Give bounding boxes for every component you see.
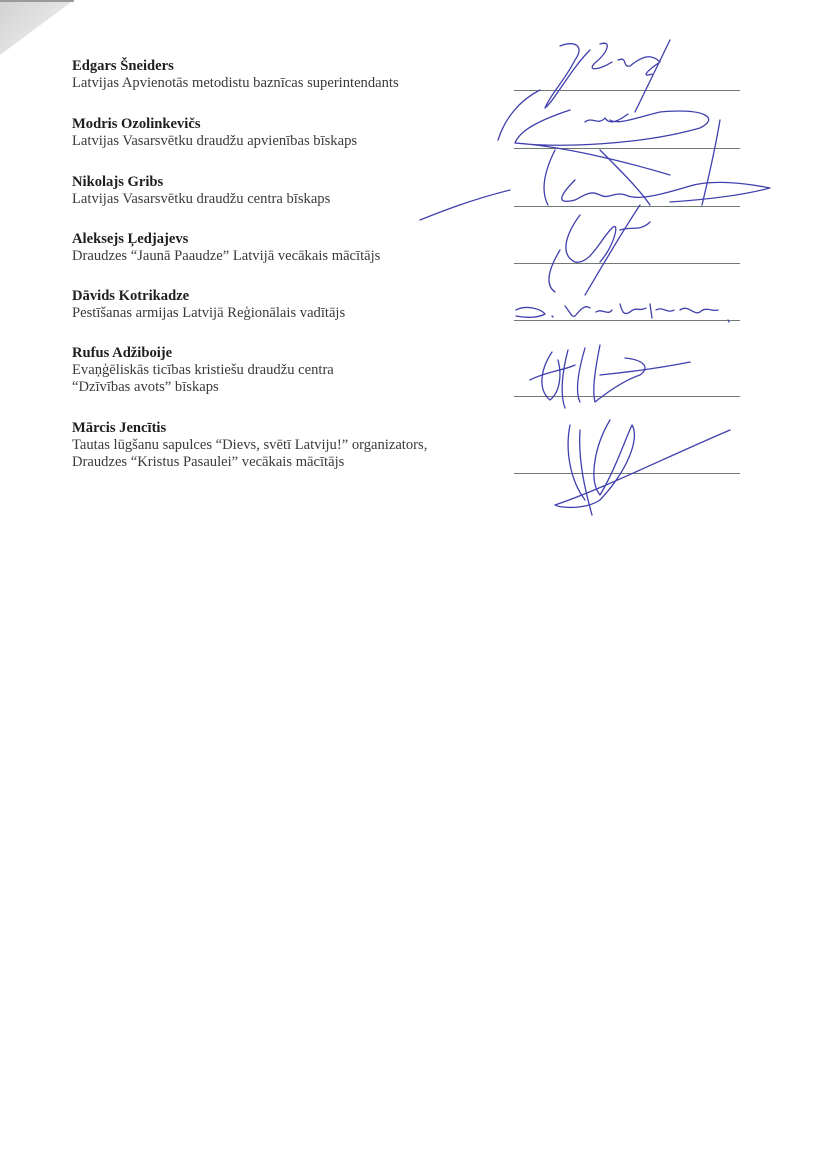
signatory-role: Tautas lūgšanu sapulces “Dievs, svētī La… <box>72 437 512 454</box>
signatory-7: Mārcis Jencītis Tautas lūgšanu sapulces … <box>72 420 512 471</box>
signature-line-4 <box>514 263 740 264</box>
signatory-6: Rufus Adžiboije Evaņģēliskās ticības kri… <box>72 345 492 396</box>
signatory-role: Draudzes “Kristus Pasaulei” vecākais māc… <box>72 454 512 471</box>
signatory-name: Nikolajs Gribs <box>72 174 492 191</box>
signatory-5: Dāvids Kotrikadze Pestīšanas armijas Lat… <box>72 288 492 322</box>
signatory-role: Latvijas Vasarsvētku draudžu centra bīsk… <box>72 191 492 208</box>
signatory-role: Latvijas Vasarsvētku draudžu apvienības … <box>72 133 492 150</box>
signature-4 <box>549 205 650 295</box>
signatory-1: Edgars Šneiders Latvijas Apvienotās meto… <box>72 58 492 92</box>
signatory-name: Edgars Šneiders <box>72 58 492 75</box>
signatory-2: Modris Ozolinkevičs Latvijas Vasarsvētku… <box>72 116 492 150</box>
signatory-role: “Dzīvības avots” bīskaps <box>72 379 492 396</box>
page-corner-fold <box>0 0 74 55</box>
signatory-4: Aleksejs Ļedjajevs Draudzes “Jaunā Paaud… <box>72 231 492 265</box>
signature-line-7 <box>514 473 740 474</box>
signature-3 <box>544 120 770 205</box>
signatory-name: Mārcis Jencītis <box>72 420 512 437</box>
signature-line-2 <box>514 148 740 149</box>
signature-7 <box>555 420 730 515</box>
signature-line-1 <box>514 90 740 91</box>
signatory-role: Pestīšanas armijas Latvijā Reģionālais v… <box>72 305 492 322</box>
signature-line-3 <box>514 206 740 207</box>
signatory-name: Aleksejs Ļedjajevs <box>72 231 492 248</box>
signatory-role: Draudzes “Jaunā Paaudze” Latvijā vecākai… <box>72 248 492 265</box>
signatory-name: Rufus Adžiboije <box>72 345 492 362</box>
signatory-role: Latvijas Apvienotās metodistu baznīcas s… <box>72 75 492 92</box>
signatory-name: Dāvids Kotrikadze <box>72 288 492 305</box>
signature-line-5 <box>514 320 740 321</box>
signature-6 <box>530 345 690 408</box>
signature-line-6 <box>514 396 740 397</box>
signatory-role: Evaņģēliskās ticības kristiešu draudžu c… <box>72 362 492 379</box>
signatory-name: Modris Ozolinkevičs <box>72 116 492 133</box>
signatory-3: Nikolajs Gribs Latvijas Vasarsvētku drau… <box>72 174 492 208</box>
page-corner-edge <box>0 0 74 2</box>
